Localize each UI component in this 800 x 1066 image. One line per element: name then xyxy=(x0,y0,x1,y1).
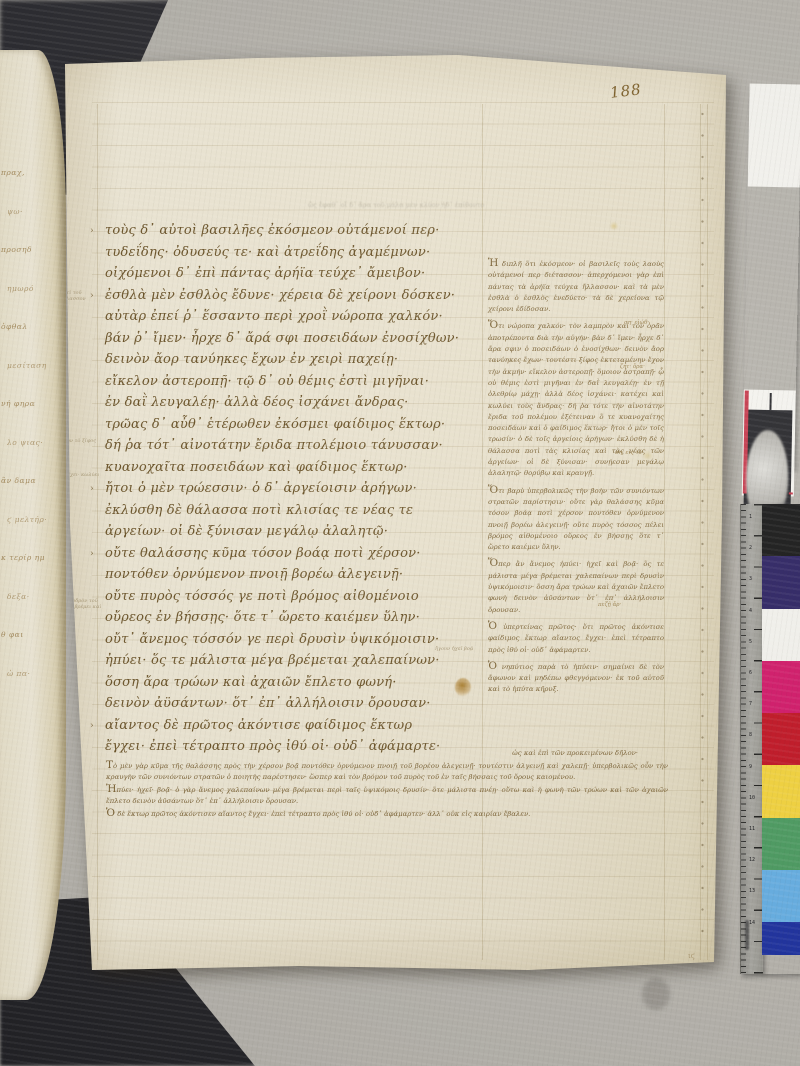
verse-line: ὅσση ἄρα τρώων καὶ ἀχαιῶν ἔπλετο φωνή· xyxy=(105,675,497,697)
fragment-text: θ φαι xyxy=(1,630,61,669)
verse-line: δή ῥα τότ᾿ αἰνοτάτην ἔριδα πτολέμοιο τάν… xyxy=(105,438,497,460)
ruler-number: 11 xyxy=(749,826,755,832)
color-patch xyxy=(762,818,800,870)
ruler-number: 9 xyxy=(749,764,752,770)
scholion-entry: Ἡ διπλῆ ὅτι ἐκόσμεον· οἱ βασιλεῖς τοὺς λ… xyxy=(488,258,664,315)
verse-text: δεινὸν ἀϋσάντων· ὅτ᾿ ἐπ᾿ ἀλλήλοισιν ὄρου… xyxy=(105,696,431,711)
verse-line: εἴκελον ἀστεροπῇ· τῷ δ᾿ οὐ θέμις ἐστὶ μι… xyxy=(105,374,497,396)
verse-line: τυδεΐδης· ὀδυσεύς τε· καὶ ἀτρεΐδης ἀγαμέ… xyxy=(105,245,497,267)
manuscript-folio: 188 ὣς ἔφαθ᾿ οἳ δ᾿ ἄρα τοῦ μάλα μὲν κλύο… xyxy=(58,54,730,980)
verse-text: ἀργείων· οἱ δὲ ξύνισαν μεγάλῳ ἀλαλητῷ· xyxy=(105,524,388,539)
folio-number: 188 xyxy=(609,80,643,102)
verse-text: τοὺς δ᾿ αὐτοὶ βασιλῆες ἐκόσμεον οὐτάμενο… xyxy=(105,223,439,238)
fragment-text: ὡ πα· xyxy=(7,669,61,708)
fragment-text: προσηδ xyxy=(1,245,61,284)
ruler-number: 8 xyxy=(749,732,752,738)
verse-line: οὔρεος ἐν βήσσῃς· ὅτε τ᾿ ὤρετο καιέμεν ὕ… xyxy=(105,610,497,632)
verse-line: › τοὺς δ᾿ αὐτοὶ βασιλῆες ἐκόσμεον οὐτάμε… xyxy=(105,223,497,245)
verse-text: ἐν δαῒ λευγαλέῃ· ἀλλὰ δέος ἰσχάνει ἄνδρα… xyxy=(105,395,408,410)
fragment-text: ὀφθαλ xyxy=(1,322,61,361)
ruling-vertical xyxy=(97,104,98,960)
verse-text: αὐτὰρ ἐπεί ῥ᾿ ἕσσαντο περὶ χροῒ νώροπα χ… xyxy=(105,309,443,324)
verse-line: ἀργείων· οἱ δὲ ξύνισαν μεγάλῳ ἀλαλητῷ· xyxy=(105,524,497,546)
verse-text: οἰχόμενοι δ᾿ ἐπὶ πάντας ἀρήϊα τεύχε᾿ ἄμε… xyxy=(105,266,425,281)
fragment-text: ψω· xyxy=(7,207,61,246)
ruler-number: 7 xyxy=(749,701,752,707)
verse-text: τρῶας δ᾿ αὖθ᾿ ἑτέρωθεν ἐκόσμει φαίδιμος … xyxy=(105,417,445,432)
verse-line: › ἤτοι ὁ μὲν τρώεσσιν· ὁ δ᾿ ἀργείοισιν ἀ… xyxy=(105,481,497,503)
fragment-text: δεξα· xyxy=(7,592,61,631)
ruling-vertical xyxy=(707,104,708,960)
ruler-number: 2 xyxy=(749,545,752,551)
folio-wrap: 188 ὣς ἔφαθ᾿ οἳ δ᾿ ἄρα τοῦ μάλα μὲν κλύο… xyxy=(58,54,730,980)
color-patch xyxy=(762,922,800,955)
verse-line: κυανοχαῖτα ποσειδάων καὶ φαίδιμος ἕκτωρ· xyxy=(105,460,497,482)
red-registration-mark xyxy=(789,492,793,494)
fragment-text: μεσίταση xyxy=(7,361,61,400)
book-edge-stack: πραχ,ψω·προσηδημωρόὀφθαλμεσίτασηνή φηραλ… xyxy=(0,50,66,1000)
iliad-text-block: › τοὺς δ᾿ αὐτοὶ βασιλῆες ἐκόσμεον οὐτάμε… xyxy=(105,223,497,761)
scholion-entry: Ὁ νηπύτιος παρὰ τὸ ἠπύειν· σημαίνει δὲ τ… xyxy=(488,661,664,696)
verse-text: οὔτ᾿ ἄνεμος τόσσόν γε περὶ δρυσὶν ὑψικόμ… xyxy=(105,632,439,647)
interlinear-gloss: ἤγουν ἠχεῖ βοᾷ xyxy=(435,646,491,652)
scholion-entry: Ὅπερ ἂν ἄνεμος ἠπύει· ἠχεῖ καὶ βοᾷ· ὅς τ… xyxy=(488,558,664,615)
paragraphos-mark: › xyxy=(90,226,94,236)
verse-text: οὔτε θαλάσσης κῦμα τόσον βοάᾳ ποτὶ χέρσο… xyxy=(105,546,421,561)
pricking-dots xyxy=(701,112,704,938)
verse-line: δεινὸν ἄορ τανύηκες ἔχων ἐν χειρὶ παχείῃ… xyxy=(105,352,497,374)
left-margin-gloss: ἀντὶ τοῦ ἤλλασσον xyxy=(60,290,104,304)
paragraphos-mark: › xyxy=(90,721,94,731)
bottom-scholion-entry: Τὸ μὲν γὰρ κῦμα τῆς θαλάσσης πρὸς τὴν χέ… xyxy=(106,760,668,784)
verse-text: ἠπύει· ὅς τε μάλιστα μέγα βρέμεται χαλεπ… xyxy=(105,653,440,668)
verse-line: δεινὸν ἀϋσάντων· ὅτ᾿ ἐπ᾿ ἀλλήλοισιν ὄρου… xyxy=(105,696,497,718)
verse-line: › αἴαντος δὲ πρῶτος ἀκόντισε φαίδιμος ἕκ… xyxy=(105,718,497,740)
scholion-entry: Ὁ ὑπερτείνας πρῶτος· ὅτι πρῶτος ἀκόντισε… xyxy=(488,621,664,656)
verse-line: ἐν δαῒ λευγαλέῃ· ἀλλὰ δέος ἰσχάνει ἄνδρα… xyxy=(105,395,497,417)
ruling-vertical xyxy=(664,104,665,960)
fragment-text: πραχ, xyxy=(1,168,61,207)
previous-folio-fragments: πραχ,ψω·προσηδημωρόὀφθαλμεσίτασηνή φηραλ… xyxy=(1,168,61,707)
fragment-text: λο ψιας· xyxy=(7,438,61,477)
ruler-number: 4 xyxy=(749,608,752,614)
grayscale-target xyxy=(742,84,800,469)
verse-line: ἠπύει· ὅς τε μάλιστα μέγα βρέμεται χαλεπ… xyxy=(105,653,497,675)
verse-text: αἴαντος δὲ πρῶτος ἀκόντισε φαίδιμος ἕκτω… xyxy=(105,718,412,733)
color-patch xyxy=(762,609,800,661)
verse-text: ἤτοι ὁ μὲν τρώεσσιν· ὁ δ᾿ ἀργείοισιν ἀρή… xyxy=(105,481,417,496)
verse-text: ἐσθλὰ μὲν ἐσθλὸς ἔδυνε· χέρεια δὲ χείρον… xyxy=(105,288,455,303)
color-patch xyxy=(762,504,800,556)
verse-text: κυανοχαῖτα ποσειδάων καὶ φαίδιμος ἕκτωρ· xyxy=(105,460,408,475)
ruler-number: 3 xyxy=(749,576,752,582)
bottom-scholion-entry: Ὁ δὲ ἕκτωρ πρῶτος ἀκόντισεν αἴαντος ἔγχε… xyxy=(106,808,668,821)
color-patch xyxy=(762,661,800,713)
bottom-scholia-entries: Τὸ μὲν γὰρ κῦμα τῆς θαλάσσης πρὸς τὴν χέ… xyxy=(106,760,668,821)
verse-line: › οὔτε θαλάσσης κῦμα τόσον βοάᾳ ποτὶ χέρ… xyxy=(105,546,497,568)
ruler-number: 10 xyxy=(749,795,755,801)
left-margin-gloss: ἤγουν τὸ ξίφος xyxy=(58,438,102,446)
verse-line: ἐκλύσθη δὲ θάλασσα ποτὶ κλισίας τε νέας … xyxy=(105,503,497,525)
ruler-number: 13 xyxy=(749,888,755,894)
bottom-scholia-block: ὡς καὶ ἐπὶ τῶν προκειμένων δῆλον· Τὸ μὲν… xyxy=(106,748,668,820)
verse-line: οἰχόμενοι δ᾿ ἐπὶ πάντας ἀρήϊα τεύχε᾿ ἄμε… xyxy=(105,266,497,288)
felt-smudge xyxy=(642,978,670,1010)
fragment-text: ἂν δαμα xyxy=(1,476,61,515)
verse-line: › ἐσθλὰ μὲν ἐσθλὸς ἔδυνε· χέρεια δὲ χείρ… xyxy=(105,288,497,310)
verse-text: εἴκελον ἀστεροπῇ· τῷ δ᾿ οὐ θέμις ἐστὶ μι… xyxy=(105,374,429,389)
verse-line: τρῶας δ᾿ αὖθ᾿ ἑτέρωθεν ἐκόσμει φαίδιμος … xyxy=(105,417,497,439)
verse-line: ποντόθεν ὀρνύμενον πνοιῇ βορέω ἀλεγεινῇ· xyxy=(105,567,497,589)
scholion-entry: Ὅτι βαρὺ ὑπερβολικῶς τὴν βοὴν τῶν συνιόν… xyxy=(488,485,664,554)
verse-text: δεινὸν ἄορ τανύηκες ἔχων ἐν χειρὶ παχείῃ… xyxy=(105,352,398,367)
fragment-text: ημωρό xyxy=(7,284,61,323)
color-patch xyxy=(762,556,800,608)
verse-line: αὐτὰρ ἐπεί ῥ᾿ ἕσσαντο περὶ χροῒ νώροπα χ… xyxy=(105,309,497,331)
scholion-entry: Ὅτι νώροπα χαλκόν· τὸν λαμπρὸν καὶ τὸν ὁ… xyxy=(488,320,664,479)
left-margin-gloss: τὸ σφοδρὸν τοῦ πυρὸς βρέμει καὶ ἠχεῖ xyxy=(58,598,102,624)
verse-text: ἐκλύσθη δὲ θάλασσα ποτὶ κλισίας τε νέας … xyxy=(105,503,413,518)
fragment-text: νή φηρα xyxy=(1,399,61,438)
verse-text: οὔρεος ἐν βήσσῃς· ὅτε τ᾿ ὤρετο καιέμεν ὕ… xyxy=(105,610,420,625)
color-patch xyxy=(762,713,800,765)
ruler-number: 6 xyxy=(749,670,752,676)
ghost-offset-line: ὣς ἔφαθ᾿ οἳ δ᾿ ἄρα τοῦ μάλα μὲν κλύον ἠδ… xyxy=(308,201,588,209)
verse-text: ποντόθεν ὀρνύμενον πνοιῇ βορέω ἀλεγεινῇ· xyxy=(105,567,403,582)
ruler-number: 12 xyxy=(749,857,755,863)
parchment-stain xyxy=(609,222,619,230)
grayscale-patch xyxy=(748,84,800,188)
quire-signature: ιϛ xyxy=(688,952,695,960)
fragment-text: ϛ μελτήρ· xyxy=(7,515,61,554)
verse-text: βάν ῥ᾿ ἴμεν· ἦρχε δ᾿ ἄρά σφι ποσειδάων ἐ… xyxy=(105,331,459,346)
manuscript-photo: πραχ,ψω·προσηδημωρόὀφθαλμεσίτασηνή φηραλ… xyxy=(0,0,800,1066)
verse-text: οὔτε πυρὸς τόσσός γε ποτὶ βρόμος αἰθομέν… xyxy=(105,589,419,604)
left-margin-gloss: κατέχει· κωλύει xyxy=(58,472,102,486)
color-target xyxy=(762,504,800,974)
scholia-column: Ἡ διπλῆ ὅτι ἐκόσμεον· οἱ βασιλεῖς τοὺς λ… xyxy=(488,258,664,701)
color-patch xyxy=(762,870,800,922)
verse-line: βάν ῥ᾿ ἴμεν· ἦρχε δ᾿ ἄρά σφι ποσειδάων ἐ… xyxy=(105,331,497,353)
bottom-scholion-entry: Ἠπύει· ἠχεῖ· βοᾷ· ὁ γὰρ ἄνεμος χαλεπαίνω… xyxy=(106,784,668,808)
ruler: 1234567891011121314 xyxy=(740,504,763,974)
scholia-lead-line: ὡς καὶ ἐπὶ τῶν προκειμένων δῆλον· xyxy=(106,748,668,760)
color-patch xyxy=(762,765,800,817)
ruler-number: 14 xyxy=(749,920,755,926)
verse-line: οὔτε πυρὸς τόσσός γε ποτὶ βρόμος αἰθομέν… xyxy=(105,589,497,611)
verse-text: ὅσση ἄρα τρώων καὶ ἀχαιῶν ἔπλετο φωνή· xyxy=(105,675,397,690)
ruler-number: 5 xyxy=(749,639,752,645)
verse-text: δή ῥα τότ᾿ αἰνοτάτην ἔριδα πτολέμοιο τάν… xyxy=(105,438,443,453)
paragraphos-mark: › xyxy=(90,549,94,559)
verse-text: τυδεΐδης· ὀδυσεύς τε· καὶ ἀτρεΐδης ἀγαμέ… xyxy=(105,245,430,260)
fragment-text: κ τερίρ ημ xyxy=(1,553,61,592)
ruler-number: 1 xyxy=(749,514,752,520)
